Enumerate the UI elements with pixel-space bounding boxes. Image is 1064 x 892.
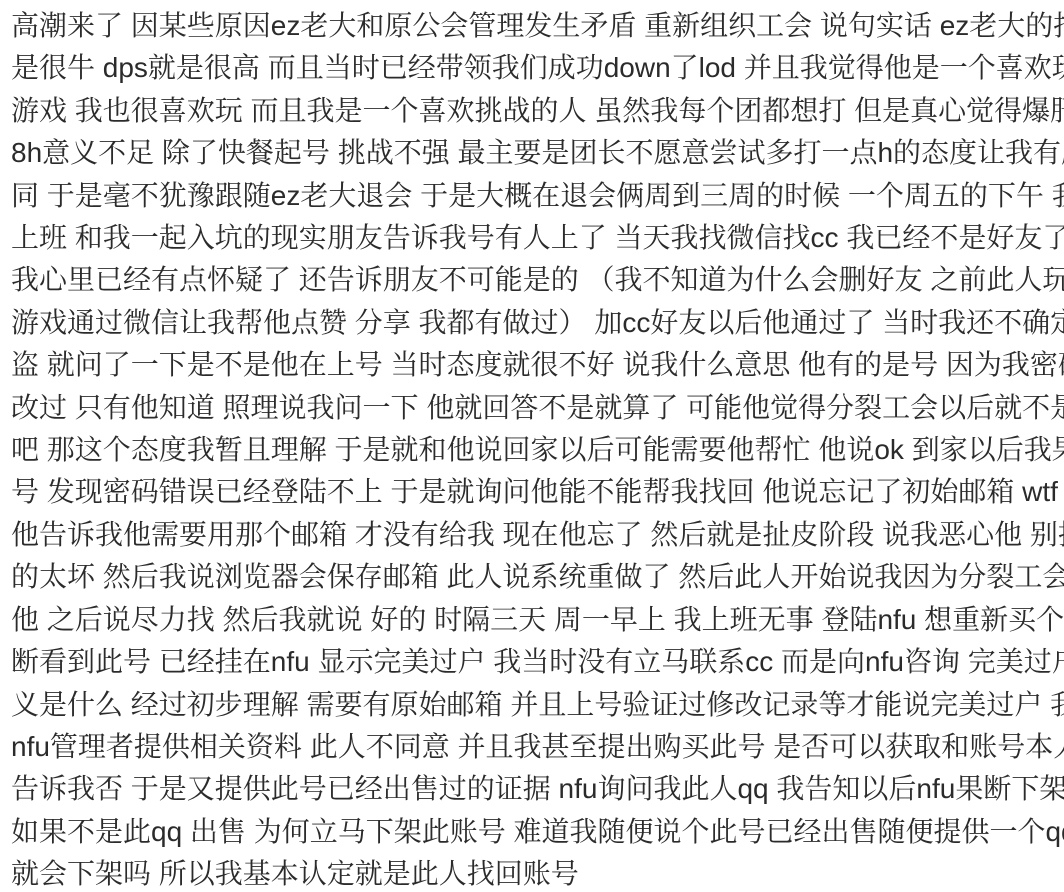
text-line: 他 之后说尽力找 然后我就说 好的 时隔三天 周一早上 我上班无事 登陆nfu … bbox=[11, 599, 1056, 641]
text-line: 同 于是毫不犹豫跟随ez老大退会 于是大概在退会俩周到三周的时候 一个周五的下午… bbox=[11, 175, 1056, 217]
text-line: 游戏通过微信让我帮他点赞 分享 我都有做过） 加cc好友以后他通过了 当时我还不… bbox=[11, 302, 1056, 344]
text-line: 义是什么 经过初步理解 需要有原始邮箱 并且上号验证过修改记录等才能说完美过户 … bbox=[11, 684, 1056, 726]
text-line: 告诉我否 于是又提供此号已经出售过的证据 nfu询问我此人qq 我告知以后nfu… bbox=[11, 768, 1056, 810]
text-line: 上班 和我一起入坑的现实朋友告诉我号有人上了 当天我找微信找cc 我已经不是好友… bbox=[11, 217, 1056, 259]
text-line: 改过 只有他知道 照理说我问一下 他就回答不是就算了 可能他觉得分裂工会以后就不… bbox=[11, 387, 1056, 429]
text-line: 是很牛 dps就是很高 而且当时已经带领我们成功down了lod 并且我觉得他是… bbox=[11, 47, 1056, 89]
text-line: 游戏 我也很喜欢玩 而且我是一个喜欢挑战的人 虽然我每个团都想打 但是真心觉得爆… bbox=[11, 90, 1056, 132]
text-line: 就会下架吗 所以我基本认定就是此人找回账号 bbox=[11, 853, 1056, 892]
text-line: 号 发现密码错误已经登陆不上 于是就询问他能不能帮我找回 他说忘记了初始邮箱 w… bbox=[11, 471, 1056, 513]
text-line: 8h意义不足 除了快餐起号 挑战不强 最主要是团长不愿意尝试多打一点h的态度让我… bbox=[11, 132, 1056, 174]
text-line: 吧 那这个态度我暂且理解 于是就和他说回家以后可能需要他帮忙 他说ok 到家以后… bbox=[11, 429, 1056, 471]
text-line: 断看到此号 已经挂在nfu 显示完美过户 我当时没有立马联系cc 而是向nfu咨… bbox=[11, 641, 1056, 683]
text-line: 的太坏 然后我说浏览器会保存邮箱 此人说系统重做了 然后此人开始说我因为分裂工会… bbox=[11, 556, 1056, 598]
text-line: 他告诉我他需要用那个邮箱 才没有给我 现在他忘了 然后就是扯皮阶段 说我恶心他 … bbox=[11, 514, 1056, 556]
text-line: 如果不是此qq 出售 为何立马下架此账号 难道我随便说个此号已经出售随便提供一个… bbox=[11, 811, 1056, 853]
text-line: nfu管理者提供相关资料 此人不同意 并且我甚至提出购买此号 是否可以获取和账号… bbox=[11, 726, 1056, 768]
text-line: 高潮来了 因某些原因ez老大和原公会管理发生矛盾 重新组织工会 说句实话 ez老… bbox=[11, 5, 1056, 47]
post-text-body: 高潮来了 因某些原因ez老大和原公会管理发生矛盾 重新组织工会 说句实话 ez老… bbox=[0, 0, 1064, 892]
text-line: 我心里已经有点怀疑了 还告诉朋友不可能是的 （我不知道为什么会删好友 之前此人玩… bbox=[11, 259, 1056, 301]
text-line: 盗 就问了一下是不是他在上号 当时态度就很不好 说我什么意思 他有的是号 因为我… bbox=[11, 344, 1056, 386]
